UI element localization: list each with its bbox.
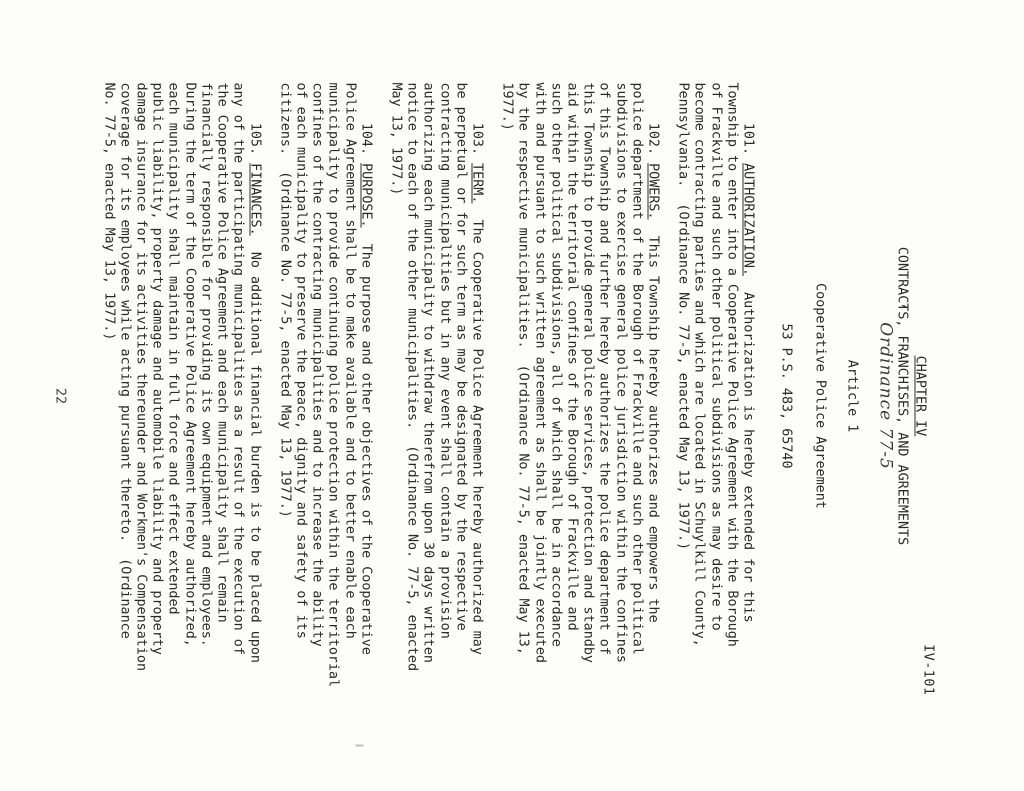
section-line: public liability, property damage and au… [149, 83, 165, 703]
section-line: No. 77-5, enacted May 13, 1977.) [100, 83, 116, 703]
section-text: No additional financial burden is to be … [247, 252, 262, 663]
section-line: of each municipality to preserve the pea… [292, 83, 308, 703]
section-line: May 13, 1977.) [387, 83, 403, 703]
section-heading: FINANCES. [247, 163, 262, 236]
section-line: 102. POWERS. This Township hereby author… [644, 83, 660, 703]
section-heading: POWERS. [645, 163, 660, 219]
section-line: any of the participating municipalities … [230, 83, 246, 703]
section-line: coverage for its employees while acting … [116, 83, 132, 703]
section-number: 101. [741, 123, 756, 155]
section-105: 105. FINANCES. No additional financial b… [100, 83, 262, 703]
chapter-title: CHAPTER IV [911, 1, 927, 791]
handwritten-annotation: Ordinance 77-5 [877, 1, 893, 791]
section-number: 105. [247, 123, 262, 155]
section-line: 104. PURPOSE. The purpose and other obje… [357, 83, 373, 703]
section-line: During the term of the Cooperative Polic… [181, 83, 197, 703]
rotated-document-sheet: IV-101 CHAPTER IV , CONTRACTS, FRANCHISE… [0, 1, 1024, 791]
chapter-subtitle: CONTRACTS, FRANCHISES, AND AGREEMENTS [893, 1, 909, 791]
section-number: 102. [645, 123, 660, 155]
section-number: 104. [358, 123, 373, 155]
section-heading: TERM. [469, 163, 484, 203]
section-line: with and pursuant to such written agreem… [531, 83, 547, 703]
section-line: notice to each of the other municipaliti… [403, 83, 419, 703]
page-number: 22 [51, 1, 67, 791]
section-line: 101. AUTHORIZATION. Authorization is her… [739, 83, 755, 703]
section-line: Pennsylvania. (Ordinance No. 77-5, enact… [674, 83, 690, 703]
section-text: The purpose and other objectives of the … [358, 244, 373, 655]
article-title: Cooperative Police Agreement [811, 1, 827, 791]
section-heading: PURPOSE. [358, 163, 373, 228]
section-102: 102. POWERS. This Township hereby author… [498, 83, 660, 703]
section-line: police department of the Borough of Frac… [628, 83, 644, 703]
section-line: damage insurance for its activities ther… [132, 83, 148, 703]
section-line: such other political subdivisions, all o… [547, 83, 563, 703]
section-101: 101. AUTHORIZATION. Authorization is her… [674, 83, 755, 703]
chapter-title-text: CHAPTER IV [913, 356, 928, 437]
section-line: 105. FINANCES. No additional financial b… [246, 83, 262, 703]
section-text: Authorization is hereby extended for thi… [741, 292, 756, 623]
section-line: 1977.) [498, 83, 514, 703]
section-line: municipality to provide continuing polic… [325, 83, 341, 703]
section-line: contracting municipalities but in any ev… [436, 83, 452, 703]
section-line: confines of the contracting municipaliti… [308, 83, 324, 703]
section-line: the Cooperative Police Agreement and eac… [213, 83, 229, 703]
section-number: 103. [469, 123, 484, 155]
section-line: 103. TERM. The Cooperative Police Agreem… [468, 83, 484, 703]
scanned-page: IV-101 CHAPTER IV , CONTRACTS, FRANCHISE… [0, 0, 1024, 791]
section-line: subdivisions to exercise general police … [612, 83, 628, 703]
section-line: become contracting parties and which are… [691, 83, 707, 703]
section-line: of Frackville and such other political s… [707, 83, 723, 703]
section-line: be perpetual or for such term as may be … [452, 83, 468, 703]
section-line: authorizing each municipality to withdra… [420, 83, 436, 703]
section-line: Police Agreement shall be to make availa… [341, 83, 357, 703]
section-line: of this Township and further hereby auth… [596, 83, 612, 703]
section-line: by the respective municipalities. (Ordin… [515, 83, 531, 703]
section-103: 103. TERM. The Cooperative Police Agreem… [387, 83, 484, 703]
section-heading: AUTHORIZATION. [741, 163, 756, 276]
article-number: Article 1 [843, 1, 859, 791]
sections-body: 101. AUTHORIZATION. Authorization is her… [86, 83, 756, 703]
statute-citation: 53 P.S. 483, 65740 [777, 1, 793, 791]
section-line: financially responsible for providing it… [197, 83, 213, 703]
section-line: each municipality shall maintain in full… [165, 83, 181, 703]
scan-speck [356, 745, 364, 747]
section-text: This Township hereby authorizes and empo… [645, 236, 660, 623]
section-line: this Township to provide general police … [579, 83, 595, 703]
section-text: The Cooperative Police Agreement hereby … [469, 220, 484, 655]
section-104: 104. PURPOSE. The purpose and other obje… [276, 83, 373, 703]
section-line: Township to enter into a Cooperative Pol… [723, 83, 739, 703]
section-line: citizens. (Ordinance No. 77-5, enacted M… [276, 83, 292, 703]
section-line: aid within the territorial confines of t… [563, 83, 579, 703]
